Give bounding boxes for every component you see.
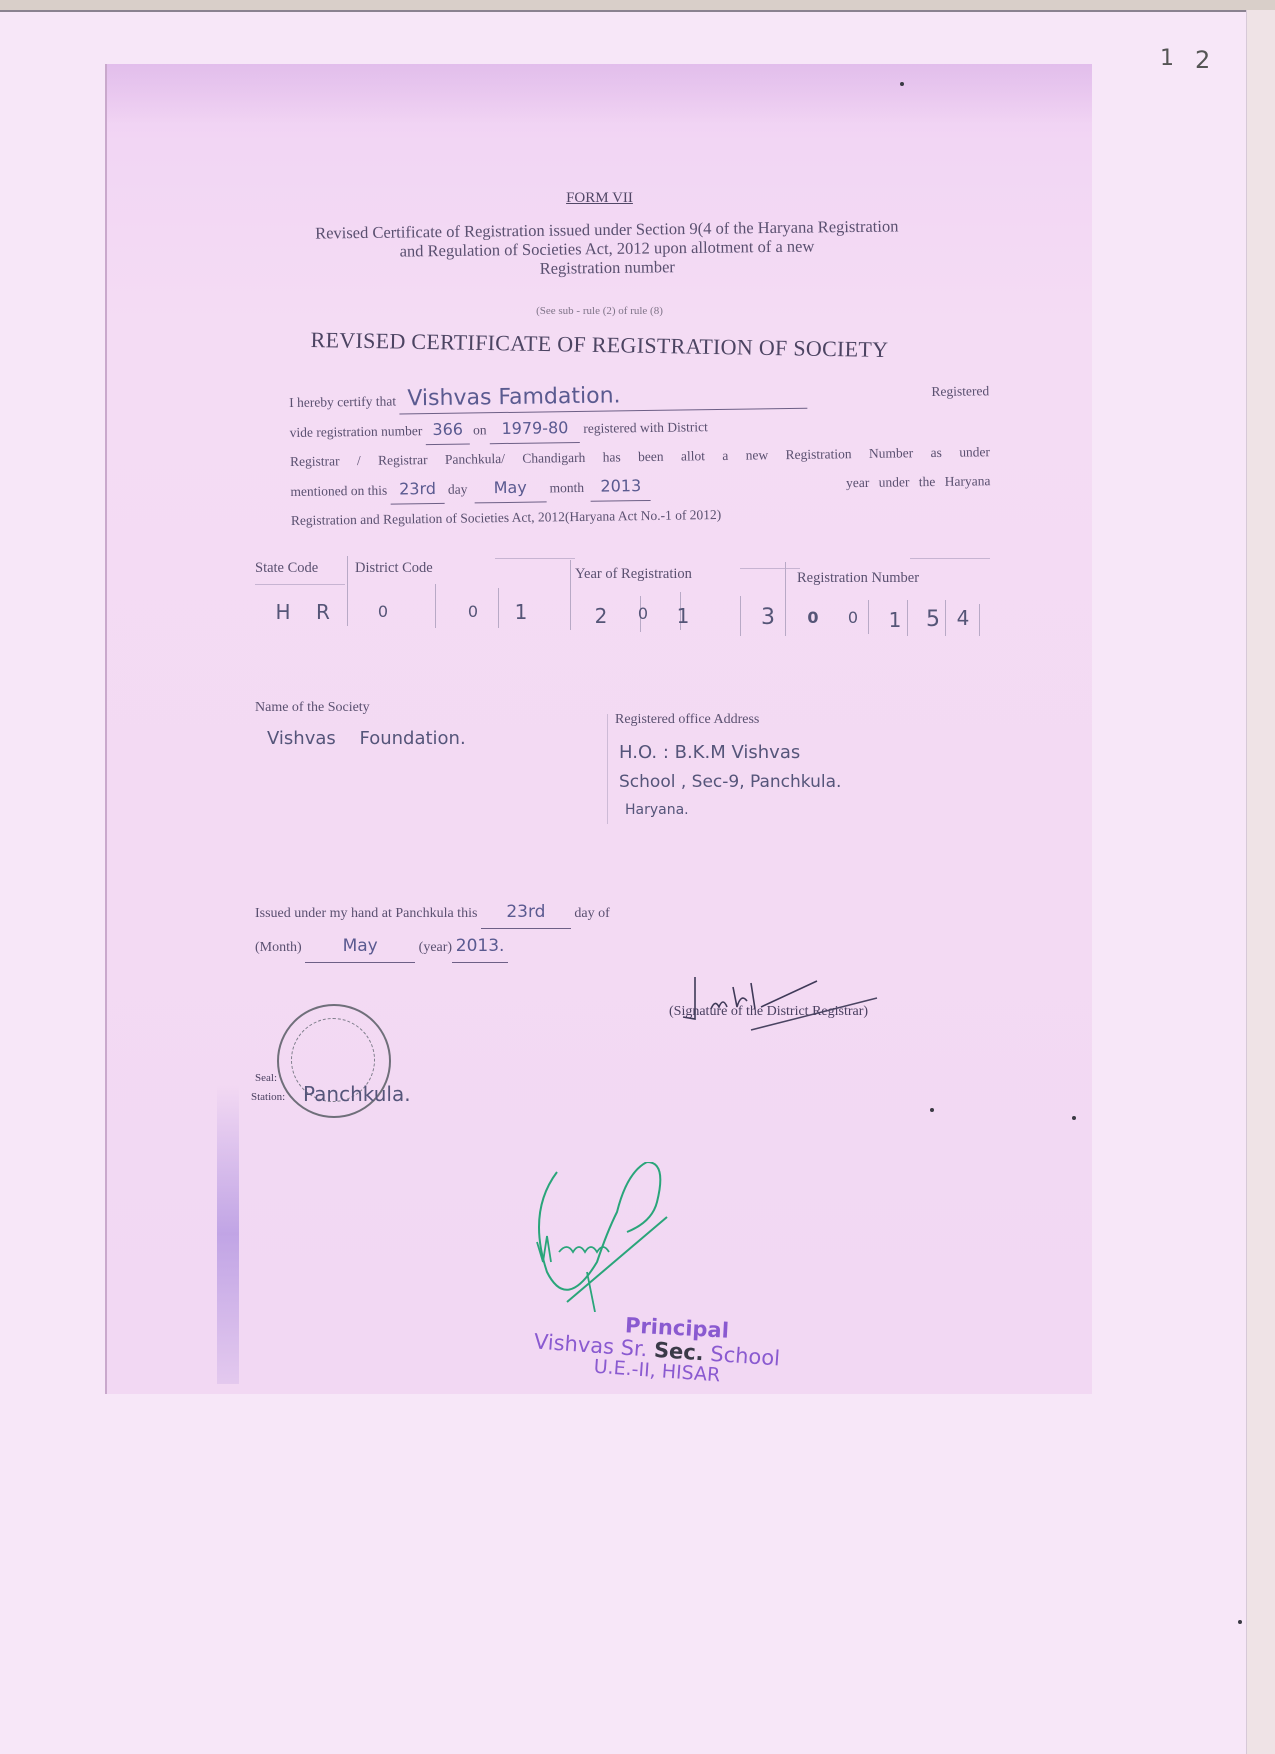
rule-reference: (See sub - rule (2) of rule (8) (107, 305, 1092, 317)
station-label: Station: (251, 1091, 285, 1103)
scan-speck (1238, 1620, 1242, 1624)
header-state-code: State Code (255, 560, 318, 577)
society-name-handwritten: Vishvas Famdation. (399, 379, 807, 415)
issued-statement: Issued under my hand at Panchkula this 2… (255, 896, 610, 964)
year-digit: 1 (665, 596, 701, 636)
scan-speck (1072, 1116, 1076, 1120)
header-district-code: District Code (355, 560, 433, 577)
society-name-label: Name of the Society (255, 700, 370, 716)
scan-speck (930, 1108, 934, 1112)
registered-address-line: School , Sec-9, Panchkula. (619, 772, 841, 792)
principal-signature (517, 1162, 717, 1312)
state-code-digit: R (305, 592, 341, 632)
certification-month: May (474, 472, 546, 503)
registered-address-label: Registered office Address (615, 712, 759, 728)
registration-code-table: State Code District Code Year of Registr… (255, 552, 1100, 642)
year-digit: 0 (625, 594, 661, 634)
seal-label: Seal: (255, 1072, 277, 1084)
page-number-mark: 2 (1195, 46, 1210, 74)
scanned-page: 1 2 FORM VII Revised Certificate of Regi… (0, 12, 1247, 1754)
certification-paragraph: I hereby certify that Vishvas Famdation.… (289, 376, 991, 535)
issued-year: 2013. (452, 930, 508, 963)
registration-number-digit: 1 (877, 600, 913, 640)
page-number-mark: 1 (1160, 46, 1174, 71)
registration-number-digit: 4 (945, 598, 981, 638)
signature-stroke (747, 994, 887, 1034)
scan-edge-right (1246, 10, 1275, 1754)
scan-edge-top (0, 0, 1275, 12)
society-name-value: Vishvas Foundation. (267, 728, 466, 749)
scan-speck (900, 82, 904, 86)
registered-address-line: H.O. : B.K.M Vishvas (619, 742, 800, 763)
station-value: Panchkula. (303, 1082, 411, 1106)
certification-day: 23rd (390, 474, 444, 505)
registration-number-digit: 0 (795, 598, 831, 638)
certificate: FORM VII Revised Certificate of Registra… (105, 64, 1092, 1394)
year-digit: 2 (583, 596, 619, 636)
state-code-digit: H (265, 592, 301, 632)
issued-day: 23rd (481, 896, 571, 929)
certificate-subtitle: Revised Certificate of Registration issu… (247, 216, 968, 282)
registration-number-digit: 0 (835, 598, 871, 638)
header-registration-number: Registration Number (797, 570, 919, 587)
district-code-digit: 1 (503, 592, 539, 632)
district-code-digit: 0 (365, 592, 401, 632)
principal-stamp: Principal Vishvas Sr. Sec. School U.E.-I… (507, 1316, 807, 1382)
year-digit: 3 (750, 598, 786, 638)
certification-year: 2013 (591, 471, 651, 502)
issued-month: May (305, 930, 415, 963)
old-registration-number: 366 (426, 414, 470, 445)
form-number: FORM VII (107, 190, 1092, 207)
registered-address-line: Haryana. (625, 802, 689, 818)
district-code-digit: 0 (455, 592, 491, 632)
header-year-of-registration: Year of Registration (575, 566, 692, 583)
page-title: REVISED CERTIFICATE OF REGISTRATION OF S… (107, 323, 1092, 366)
old-registration-year: 1979-80 (490, 413, 580, 444)
